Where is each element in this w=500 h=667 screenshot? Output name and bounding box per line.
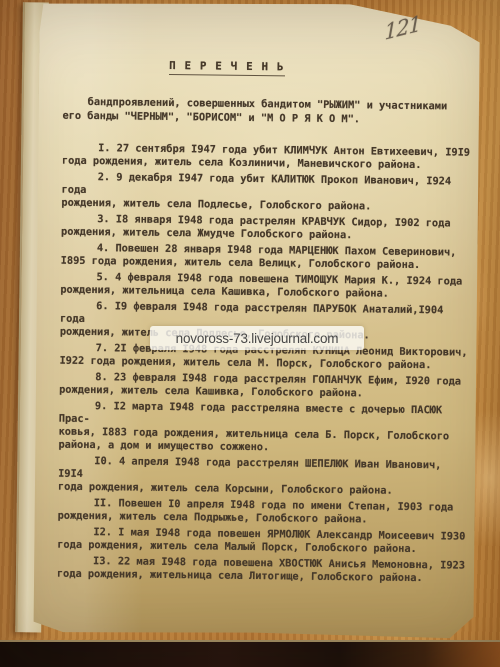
document-title: П Е Р Е Ч Е Н Ь — [169, 59, 285, 76]
document-page: П Е Р Е Ч Е Н Ь бандпроявлений, совершен… — [32, 0, 482, 639]
list-item: I0. 4 апреля I948 года расстрелян ШЕПЕЛЮ… — [58, 455, 470, 499]
victim-list: I. 27 сентября I947 года убит КЛИМЧУК Ан… — [57, 142, 474, 589]
watermark-text: novoross-73.livejournal.com — [176, 331, 339, 346]
paper-stack: П Е Р Е Ч Е Н Ь бандпроявлений, совершен… — [22, 0, 482, 641]
list-item: II. Повешен I0 апреля I948 года по имени… — [58, 497, 470, 528]
photo-of-document: П Е Р Е Ч Е Н Ь бандпроявлений, совершен… — [0, 0, 500, 667]
document-intro: бандпроявлений, совершенных бандитом "РЫ… — [62, 95, 466, 128]
list-item: 3. I8 января I948 года растрелян КРАВЧУК… — [61, 213, 473, 244]
list-item: 5. 4 февраля I948 года повешена ТИМОЩУК … — [60, 271, 472, 302]
list-item: 8. 23 февраля I948 года расстрелян ГОПАН… — [59, 371, 471, 402]
list-item: 2. 9 декабря I947 года убит КАЛИТЮК Прок… — [61, 171, 473, 215]
list-item: I2. I мая I948 года повешен ЯРМОЛЮК Алек… — [57, 526, 469, 557]
list-item: I3. 22 мая I948 года повешена ХВОСТЮК Ан… — [57, 555, 469, 586]
list-item: 9. I2 марта I948 года расстреляна вместе… — [58, 400, 471, 457]
list-item: I. 27 сентября I947 года убит КЛИМЧУК Ан… — [62, 142, 474, 173]
table-shadow-band — [0, 640, 500, 667]
list-item: 4. Повешен 28 января I948 года МАРЦЕНЮК … — [61, 242, 473, 273]
watermark-overlay: novoross-73.livejournal.com — [150, 326, 364, 350]
